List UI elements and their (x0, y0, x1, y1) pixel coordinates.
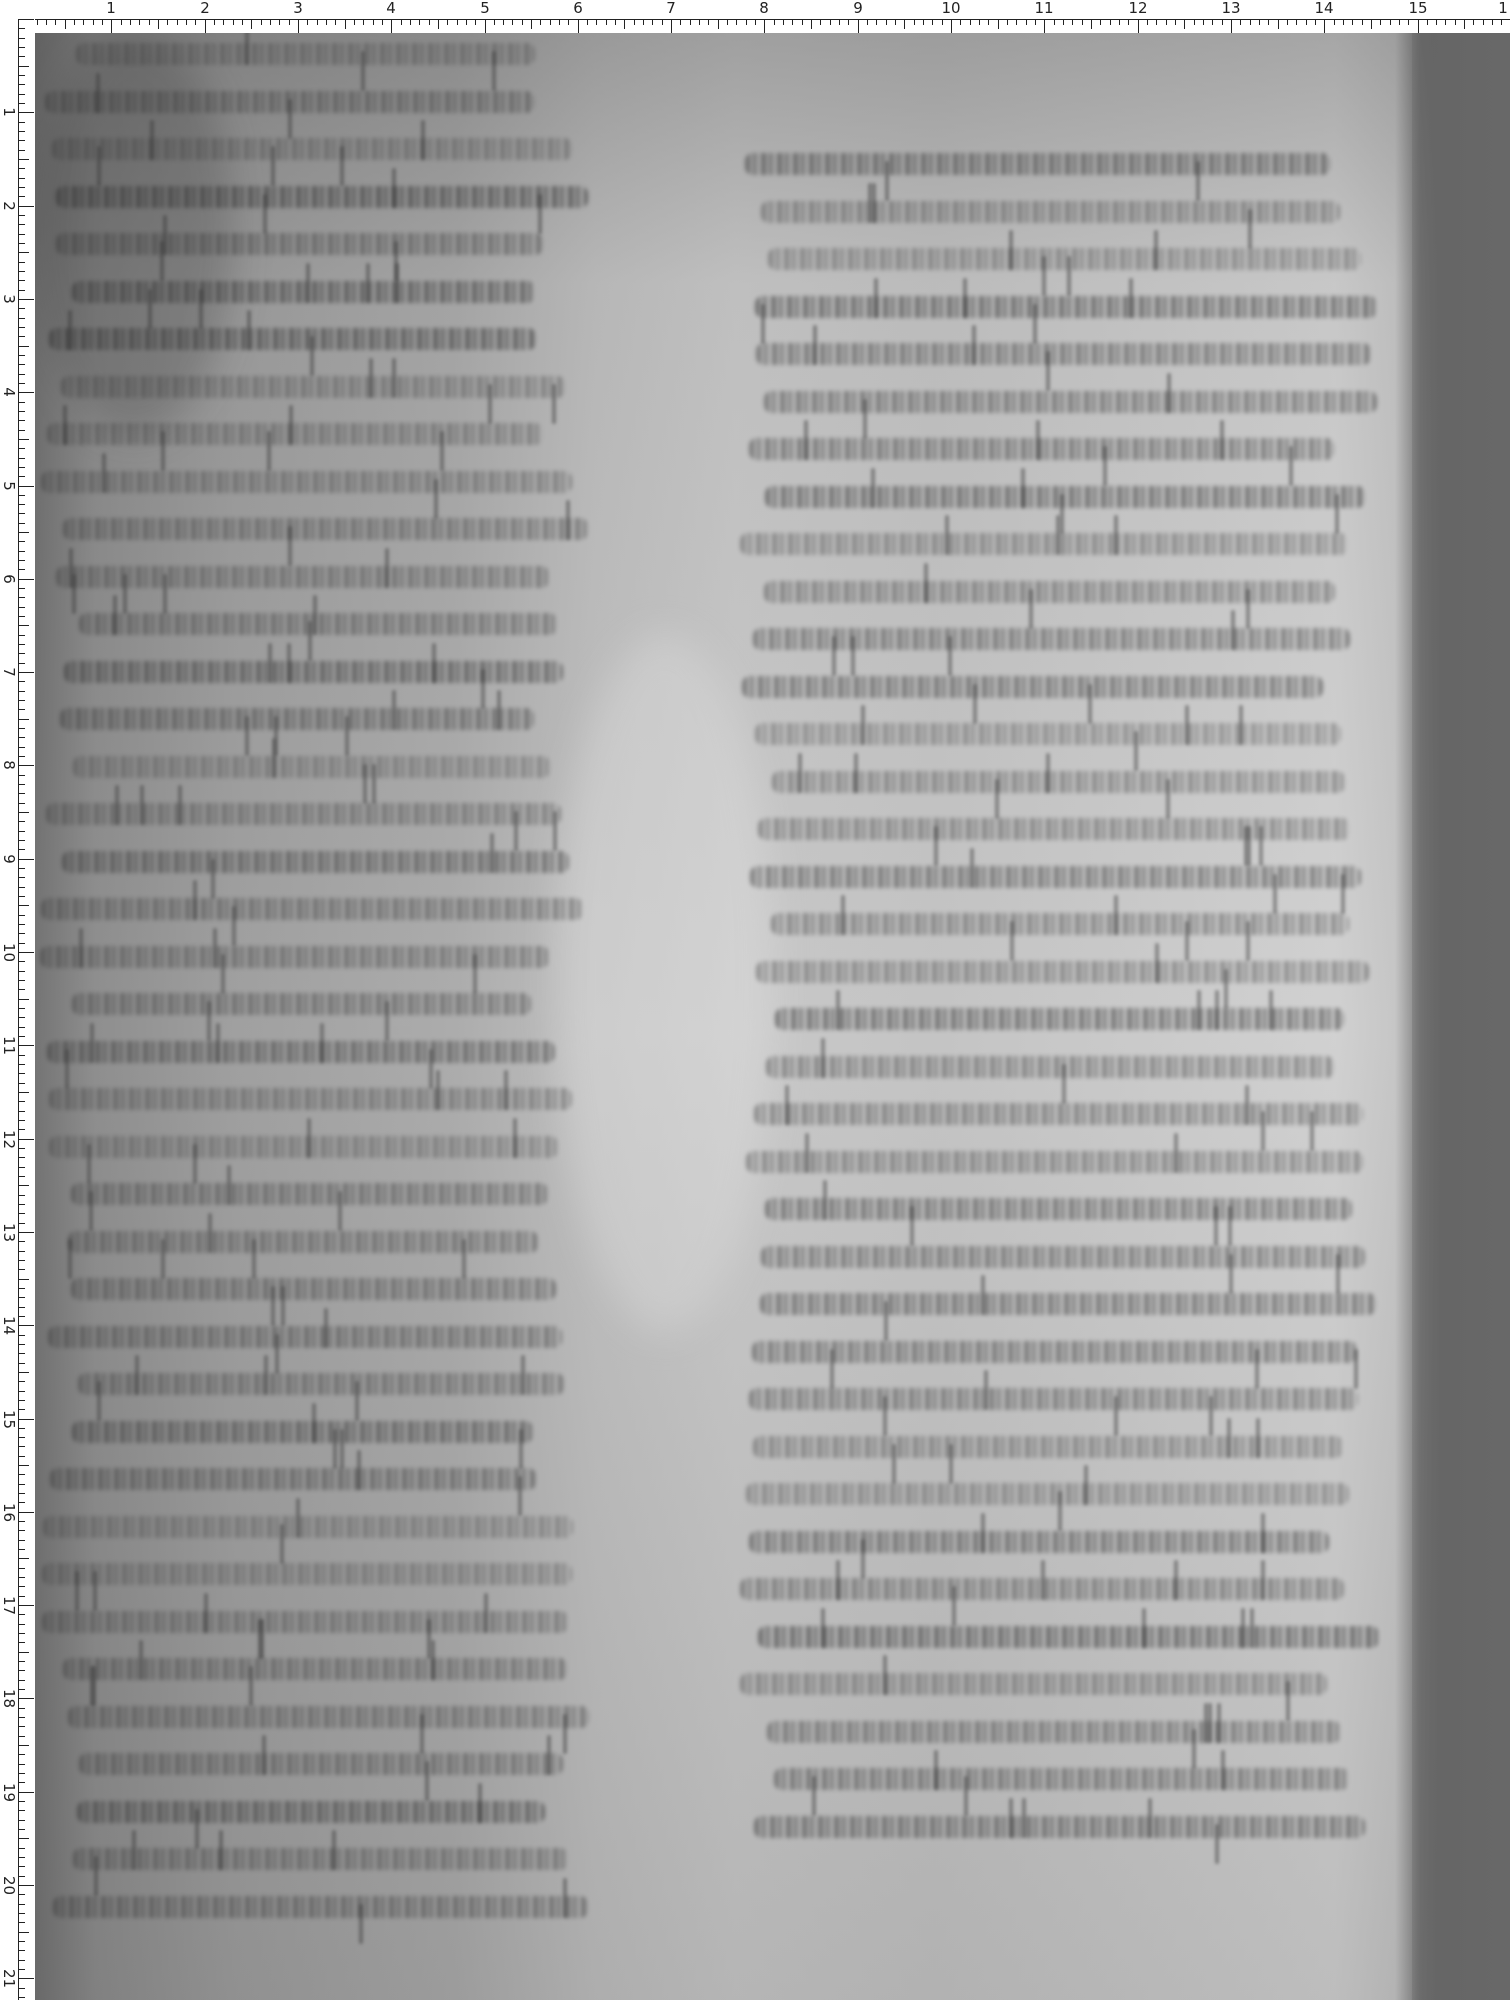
ruler-tick (774, 19, 775, 25)
ruler-tick (18, 131, 25, 132)
ruler-tick (1362, 19, 1363, 25)
ruler-label: 2 (200, 0, 210, 16)
ruler-tick (1016, 19, 1017, 25)
scale-ruler-vertical: 123456789101112131415161718192021 (0, 0, 35, 2000)
ruler-tick (401, 19, 402, 25)
ruler-tick (18, 1316, 25, 1317)
ruler-tick (18, 122, 25, 123)
ruler-tick (18, 1642, 25, 1643)
ruler-tick (718, 19, 719, 29)
ruler-tick (1334, 19, 1335, 25)
ruler-label: 3 (293, 0, 303, 16)
ruler-label: 1 (1498, 0, 1508, 16)
ruler-label: 11 (1034, 0, 1053, 16)
ruler-tick (904, 19, 905, 29)
ruler-tick (18, 1008, 25, 1009)
ruler-tick (587, 19, 588, 25)
ruler-tick (18, 1055, 25, 1056)
ruler-tick (18, 299, 34, 300)
ruler-tick (18, 1493, 25, 1494)
ruler-tick (1343, 19, 1344, 25)
ruler-tick (736, 19, 737, 25)
ruler-tick (18, 1577, 25, 1578)
ruler-tick (326, 19, 327, 25)
ruler-tick (18, 1633, 25, 1634)
ruler-tick (643, 19, 644, 25)
ruler-tick (1427, 19, 1428, 25)
ruler-tick (18, 952, 34, 953)
ruler-tick (18, 1344, 25, 1345)
ruler-tick (130, 19, 131, 25)
ruler-tick (18, 1297, 25, 1298)
ruler-tick (382, 19, 383, 25)
ruler-tick (18, 1922, 25, 1923)
ruler-tick (37, 19, 38, 25)
ruler-tick (764, 19, 765, 33)
ruler-tick (820, 19, 821, 25)
ruler-label: 20 (1, 1876, 17, 1894)
ruler-tick (1315, 19, 1316, 25)
ruler-tick (18, 1960, 25, 1961)
ruler-tick (18, 700, 25, 701)
ruler-tick (18, 38, 25, 39)
ruler-tick (18, 1726, 25, 1727)
ruler-tick (18, 849, 25, 850)
ruler-tick (690, 19, 691, 25)
ruler-tick (1240, 19, 1241, 25)
ruler-tick (503, 19, 504, 25)
ruler-tick (18, 1652, 29, 1653)
ruler-tick (18, 1866, 25, 1867)
ruler-tick (18, 1269, 25, 1270)
ruler-tick (671, 19, 672, 33)
ruler-tick (755, 19, 756, 25)
ruler-tick (867, 19, 868, 25)
ruler-tick (1156, 19, 1157, 25)
ruler-tick (18, 840, 25, 841)
ruler-tick (18, 719, 29, 720)
ruler-tick (18, 103, 25, 104)
ruler-tick (18, 224, 25, 225)
ruler-tick (18, 19, 34, 20)
ruler-tick (18, 1502, 25, 1503)
ruler-tick (1352, 19, 1353, 25)
scale-ruler-horizontal: 01234567891011121314151 (0, 0, 1510, 33)
ruler-tick (886, 19, 887, 25)
ruler-tick (1473, 19, 1474, 25)
ruler-tick (18, 1894, 25, 1895)
ruler-tick (18, 1698, 34, 1699)
ruler-tick (1268, 19, 1269, 25)
ruler-tick (18, 47, 25, 48)
ruler-tick (1072, 19, 1073, 25)
ruler-tick (18, 262, 25, 263)
ruler-tick (18, 541, 25, 542)
manuscript-scan (35, 33, 1510, 2000)
ruler-tick (18, 728, 25, 729)
ruler-tick (18, 1111, 25, 1112)
ruler-tick (18, 94, 25, 95)
ruler-tick (18, 1437, 25, 1438)
ruler-tick (373, 19, 374, 25)
ruler-tick (1063, 19, 1064, 25)
ruler-tick (942, 19, 943, 25)
ruler-tick (419, 19, 420, 25)
ruler-tick (18, 1848, 25, 1849)
ruler-tick (1380, 19, 1381, 25)
ruler-tick (18, 1904, 25, 1905)
ruler-label: 4 (1, 383, 17, 401)
ruler-tick (139, 19, 140, 25)
ruler-tick (18, 812, 29, 813)
ruler-tick (18, 607, 25, 608)
ruler-tick (18, 905, 29, 906)
ruler-tick (18, 1409, 25, 1410)
ruler-label: 5 (480, 0, 490, 16)
ruler-tick (18, 691, 25, 692)
ruler-tick (550, 19, 551, 25)
ruler-tick (18, 1232, 34, 1233)
ruler-tick (18, 1428, 25, 1429)
ruler-tick (18, 1036, 25, 1037)
ruler-tick (18, 1335, 25, 1336)
ruler-tick (540, 19, 541, 25)
ruler-tick (93, 19, 94, 25)
ruler-tick (345, 19, 346, 29)
ruler-tick (1287, 19, 1288, 25)
ruler-tick (18, 1969, 25, 1970)
ruler-tick (485, 19, 486, 33)
ruler-label: 13 (1221, 0, 1240, 16)
ruler-tick (317, 19, 318, 25)
ruler-tick (1166, 19, 1167, 25)
ruler-tick (1054, 19, 1055, 25)
ruler-tick (18, 1363, 25, 1364)
ruler-tick (18, 625, 29, 626)
ruler-tick (18, 1754, 25, 1755)
ruler-tick (578, 19, 579, 33)
ruler-tick (18, 635, 25, 636)
ruler-tick (18, 290, 25, 291)
ruler-label: 14 (1314, 0, 1333, 16)
ruler-tick (223, 19, 224, 25)
ruler-tick (914, 19, 915, 25)
ruler-tick (1212, 19, 1213, 25)
ruler-tick (18, 821, 25, 822)
ruler-tick (195, 19, 196, 25)
ruler-tick (18, 28, 25, 29)
ruler-tick (18, 346, 29, 347)
ruler-tick (18, 476, 25, 477)
ruler-tick (18, 486, 34, 487)
ruler-tick (1371, 19, 1372, 29)
ruler-tick (18, 644, 25, 645)
ruler-tick (998, 19, 999, 29)
ruler-tick (18, 504, 25, 505)
ruler-tick (167, 19, 168, 25)
ruler-tick (18, 775, 25, 776)
ruler-tick (18, 1568, 25, 1569)
ruler-tick (802, 19, 803, 25)
ruler-tick (18, 234, 25, 235)
ruler-tick (18, 1950, 25, 1951)
ruler-tick (18, 252, 29, 253)
ruler-label: 14 (1, 1316, 17, 1334)
ruler-tick (18, 1213, 25, 1214)
ruler-tick (18, 168, 25, 169)
ruler-tick (494, 19, 495, 25)
ruler-tick (18, 1092, 29, 1093)
ruler-tick (233, 19, 234, 25)
ruler-tick (18, 1353, 25, 1354)
ruler-tick (158, 19, 159, 29)
ruler-tick (18, 588, 25, 589)
ruler-tick (18, 663, 25, 664)
ruler-label: 11 (1, 1036, 17, 1054)
ruler-tick (1445, 19, 1446, 25)
ruler-tick (512, 19, 513, 25)
ruler-tick (18, 206, 34, 207)
ruler-tick (951, 19, 952, 33)
ruler-tick (18, 569, 25, 570)
ruler-tick (18, 1148, 25, 1149)
ruler-tick (18, 1717, 25, 1718)
ruler-tick (18, 1288, 25, 1289)
ruler-tick (410, 19, 411, 25)
ruler-tick (18, 784, 25, 785)
ruler-tick (1278, 19, 1279, 29)
ruler-tick (18, 1764, 25, 1765)
ruler-tick (18, 1521, 25, 1522)
ruler-tick (18, 458, 25, 459)
ruler-tick (960, 19, 961, 25)
ruler-tick (18, 616, 25, 617)
dark-margin-strip (1412, 33, 1510, 2000)
ruler-tick (18, 448, 25, 449)
ruler-tick (1035, 19, 1036, 25)
ruler-tick (1138, 19, 1139, 33)
ruler-tick (18, 308, 25, 309)
ruler-tick (18, 737, 25, 738)
ruler-tick (18, 1512, 34, 1513)
ruler-tick (18, 1083, 25, 1084)
ruler-tick (839, 19, 840, 25)
ruler-tick (18, 709, 25, 710)
ruler-tick (18, 681, 25, 682)
ruler-label: 12 (1, 1130, 17, 1148)
ruler-tick (18, 1810, 25, 1811)
ruler-label: 10 (1, 943, 17, 961)
ruler-label: 8 (1, 756, 17, 774)
ruler-tick (876, 19, 877, 25)
ruler-tick (18, 560, 25, 561)
ruler-tick (624, 19, 625, 29)
ruler-label: 8 (759, 0, 769, 16)
ruler-tick (1483, 19, 1484, 25)
ruler-tick (18, 1801, 25, 1802)
ruler-tick (149, 19, 150, 25)
ruler-tick (1175, 19, 1176, 25)
ruler-tick (46, 19, 47, 25)
ruler-tick (475, 19, 476, 25)
ruler-tick (18, 1857, 25, 1858)
ruler-tick (1492, 19, 1493, 25)
ruler-tick (18, 243, 25, 244)
ruler-tick (65, 19, 66, 29)
ruler-tick (652, 19, 653, 25)
ruler-tick (121, 19, 122, 25)
ruler-tick (102, 19, 103, 25)
ruler-tick (335, 19, 336, 25)
ruler-tick (18, 887, 25, 888)
ruler-tick (18, 336, 25, 337)
ruler-tick (18, 933, 25, 934)
ruler-tick (18, 532, 29, 533)
ruler-tick (18, 1279, 29, 1280)
ruler-tick (662, 19, 663, 25)
ruler-tick (18, 1381, 25, 1382)
ruler-tick (1455, 19, 1456, 25)
ruler-tick (932, 19, 933, 25)
ruler-tick (1399, 19, 1400, 25)
ruler-tick (261, 19, 262, 25)
ruler-tick (18, 579, 34, 580)
ruler-label: 17 (1, 1596, 17, 1614)
ruler-tick (18, 1064, 25, 1065)
ruler-tick (1222, 19, 1223, 25)
ruler-tick (447, 19, 448, 25)
ruler-tick (18, 1251, 25, 1252)
ruler-tick (531, 19, 532, 29)
ruler-tick (18, 831, 25, 832)
ruler-tick (895, 19, 896, 25)
ruler-tick (18, 672, 34, 673)
ruler-tick (18, 924, 25, 925)
ruler-tick (18, 597, 25, 598)
ruler-label: 10 (941, 0, 960, 16)
ruler-tick (1324, 19, 1325, 33)
ruler-tick (1203, 19, 1204, 25)
ruler-tick (1296, 19, 1297, 25)
ruler-tick (559, 19, 560, 25)
ruler-tick (18, 495, 25, 496)
ruler-tick (18, 1241, 25, 1242)
ruler-tick (18, 1913, 25, 1914)
ruler-tick (18, 1885, 34, 1886)
ruler-tick (18, 430, 25, 431)
ruler-tick (18, 374, 25, 375)
ruler-tick (18, 1773, 25, 1774)
ruler-tick (18, 1474, 25, 1475)
ruler-tick (18, 1045, 34, 1046)
ruler-tick (1044, 19, 1045, 33)
ruler-label: 15 (1408, 0, 1427, 16)
ruler-tick (18, 402, 25, 403)
ruler-tick (391, 19, 392, 33)
ruler-tick (363, 19, 364, 25)
ruler-tick (18, 140, 25, 141)
ruler-tick (18, 868, 25, 869)
ruler-tick (1110, 19, 1111, 25)
ruler-tick (18, 1792, 34, 1793)
ruler-tick (289, 19, 290, 25)
ruler-tick (18, 1614, 25, 1615)
ruler-tick (18, 1988, 25, 1989)
ruler-tick (18, 1782, 25, 1783)
ruler-tick (18, 803, 25, 804)
ruler-label: 2 (1, 197, 17, 215)
ruler-tick (18, 999, 29, 1000)
ruler-tick (177, 19, 178, 25)
ruler-tick (1418, 19, 1419, 33)
ruler-tick (18, 439, 29, 440)
ruler-tick (699, 19, 700, 25)
ruler-tick (18, 1307, 25, 1308)
ruler-tick (1091, 19, 1092, 29)
ruler-tick (18, 1465, 29, 1466)
lighting-gradient (35, 33, 1510, 2000)
ruler-tick (298, 19, 299, 33)
ruler-tick (18, 1689, 25, 1690)
ruler-tick (18, 1456, 25, 1457)
ruler-tick (18, 1017, 25, 1018)
ruler-tick (18, 327, 25, 328)
ruler-tick (1128, 19, 1129, 25)
ruler-label: 9 (1, 850, 17, 868)
ruler-tick (18, 84, 25, 85)
ruler-tick (18, 1120, 25, 1121)
ruler-tick (596, 19, 597, 25)
ruler-tick (111, 19, 112, 33)
ruler-label: 9 (853, 0, 863, 16)
ruler-tick (74, 19, 75, 25)
ruler-tick (18, 1978, 34, 1979)
ruler-tick (18, 1223, 25, 1224)
ruler-label: 1 (106, 0, 116, 16)
ruler-tick (18, 271, 25, 272)
ruler-tick (18, 765, 34, 766)
ruler-tick (279, 19, 280, 25)
ruler-tick (83, 19, 84, 25)
ruler-tick (205, 19, 206, 33)
ruler-tick (1119, 19, 1120, 25)
ruler-tick (18, 747, 25, 748)
ruler-tick (18, 943, 25, 944)
ruler-tick (18, 980, 25, 981)
ruler-tick (18, 1027, 25, 1028)
ruler-tick (634, 19, 635, 25)
ruler-label: 6 (573, 0, 583, 16)
ruler-tick (466, 19, 467, 25)
ruler-tick (1408, 19, 1409, 25)
ruler-label: 4 (386, 0, 396, 16)
ruler-tick (18, 280, 25, 281)
ruler-tick (18, 1838, 29, 1839)
ruler-tick (18, 1185, 29, 1186)
ruler-tick (429, 19, 430, 25)
ruler-tick (18, 756, 25, 757)
ruler-tick (18, 1195, 25, 1196)
ruler-tick (270, 19, 271, 25)
ruler-label: 1 (1, 103, 17, 121)
ruler-tick (727, 19, 728, 25)
ruler-tick (18, 1624, 25, 1625)
ruler-tick (18, 364, 25, 365)
ruler-label: 21 (1, 1969, 17, 1987)
ruler-tick (18, 56, 25, 57)
ruler-tick (18, 1101, 25, 1102)
ruler-tick (18, 1419, 34, 1420)
